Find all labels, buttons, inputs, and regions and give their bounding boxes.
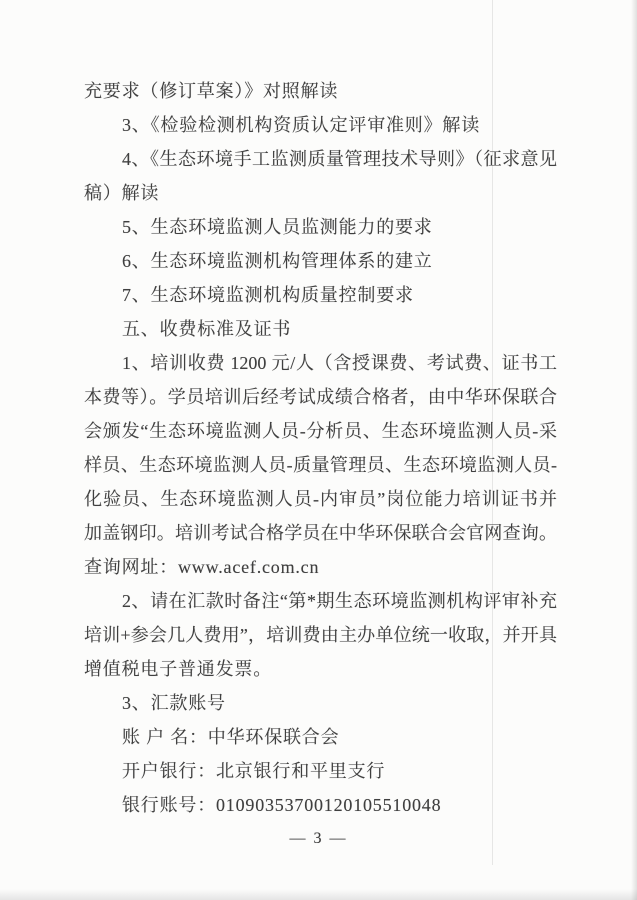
text-line: 3、汇款账号 xyxy=(84,686,557,720)
text-line: 2、请在汇款时备注“第*期生态环境监测机构评审补充 xyxy=(84,584,557,618)
text-line: 开户银行：北京银行和平里支行 xyxy=(84,754,557,788)
scanned-page: 充要求（修订草案）》对照解读3、《检验检测机构资质认定评审准则》解读4、《生态环… xyxy=(0,0,637,900)
text-line: 五、收费标准及证书 xyxy=(84,312,557,346)
text-line: 账 户 名：中华环保联合会 xyxy=(84,720,557,754)
text-line: 增值税电子普通发票。 xyxy=(84,652,557,686)
text-line: 银行账号：01090353700120105510048 xyxy=(84,788,557,822)
text-line: 6、生态环境监测机构管理体系的建立 xyxy=(84,244,557,278)
text-line: 4、《生态环境手工监测质量管理技术导则》（征求意见 xyxy=(84,142,557,176)
text-line: 充要求（修订草案）》对照解读 xyxy=(84,74,557,108)
scan-edge-right xyxy=(631,0,637,900)
text-line: 查询网址：www.acef.com.cn xyxy=(84,550,557,584)
text-line: 3、《检验检测机构资质认定评审准则》解读 xyxy=(84,108,557,142)
page-number: — 3 — xyxy=(0,830,637,848)
text-line: 1、培训收费 1200 元/人（含授课费、考试费、证书工 xyxy=(84,346,557,380)
text-line: 7、生态环境监测机构质量控制要求 xyxy=(84,278,557,312)
text-line: 化验员、生态环境监测人员-内审员”岗位能力培训证书并 xyxy=(84,482,557,516)
document-body: 充要求（修订草案）》对照解读3、《检验检测机构资质认定评审准则》解读4、《生态环… xyxy=(84,74,557,822)
text-line: 样员、生态环境监测人员-质量管理员、生态环境监测人员- xyxy=(84,448,557,482)
text-line: 会颁发“生态环境监测人员-分析员、生态环境监测人员-采 xyxy=(84,414,557,448)
text-line: 加盖钢印。培训考试合格学员在中华环保联合会官网查询。 xyxy=(84,516,557,550)
text-line: 培训+参会几人费用”，培训费由主办单位统一收取，并开具 xyxy=(84,618,557,652)
text-line: 稿）解读 xyxy=(84,176,557,210)
text-line: 5、生态环境监测人员监测能力的要求 xyxy=(84,210,557,244)
text-line: 本费等）。学员培训后经考试成绩合格者，由中华环保联合 xyxy=(84,380,557,414)
scan-edge-bottom xyxy=(0,889,637,900)
